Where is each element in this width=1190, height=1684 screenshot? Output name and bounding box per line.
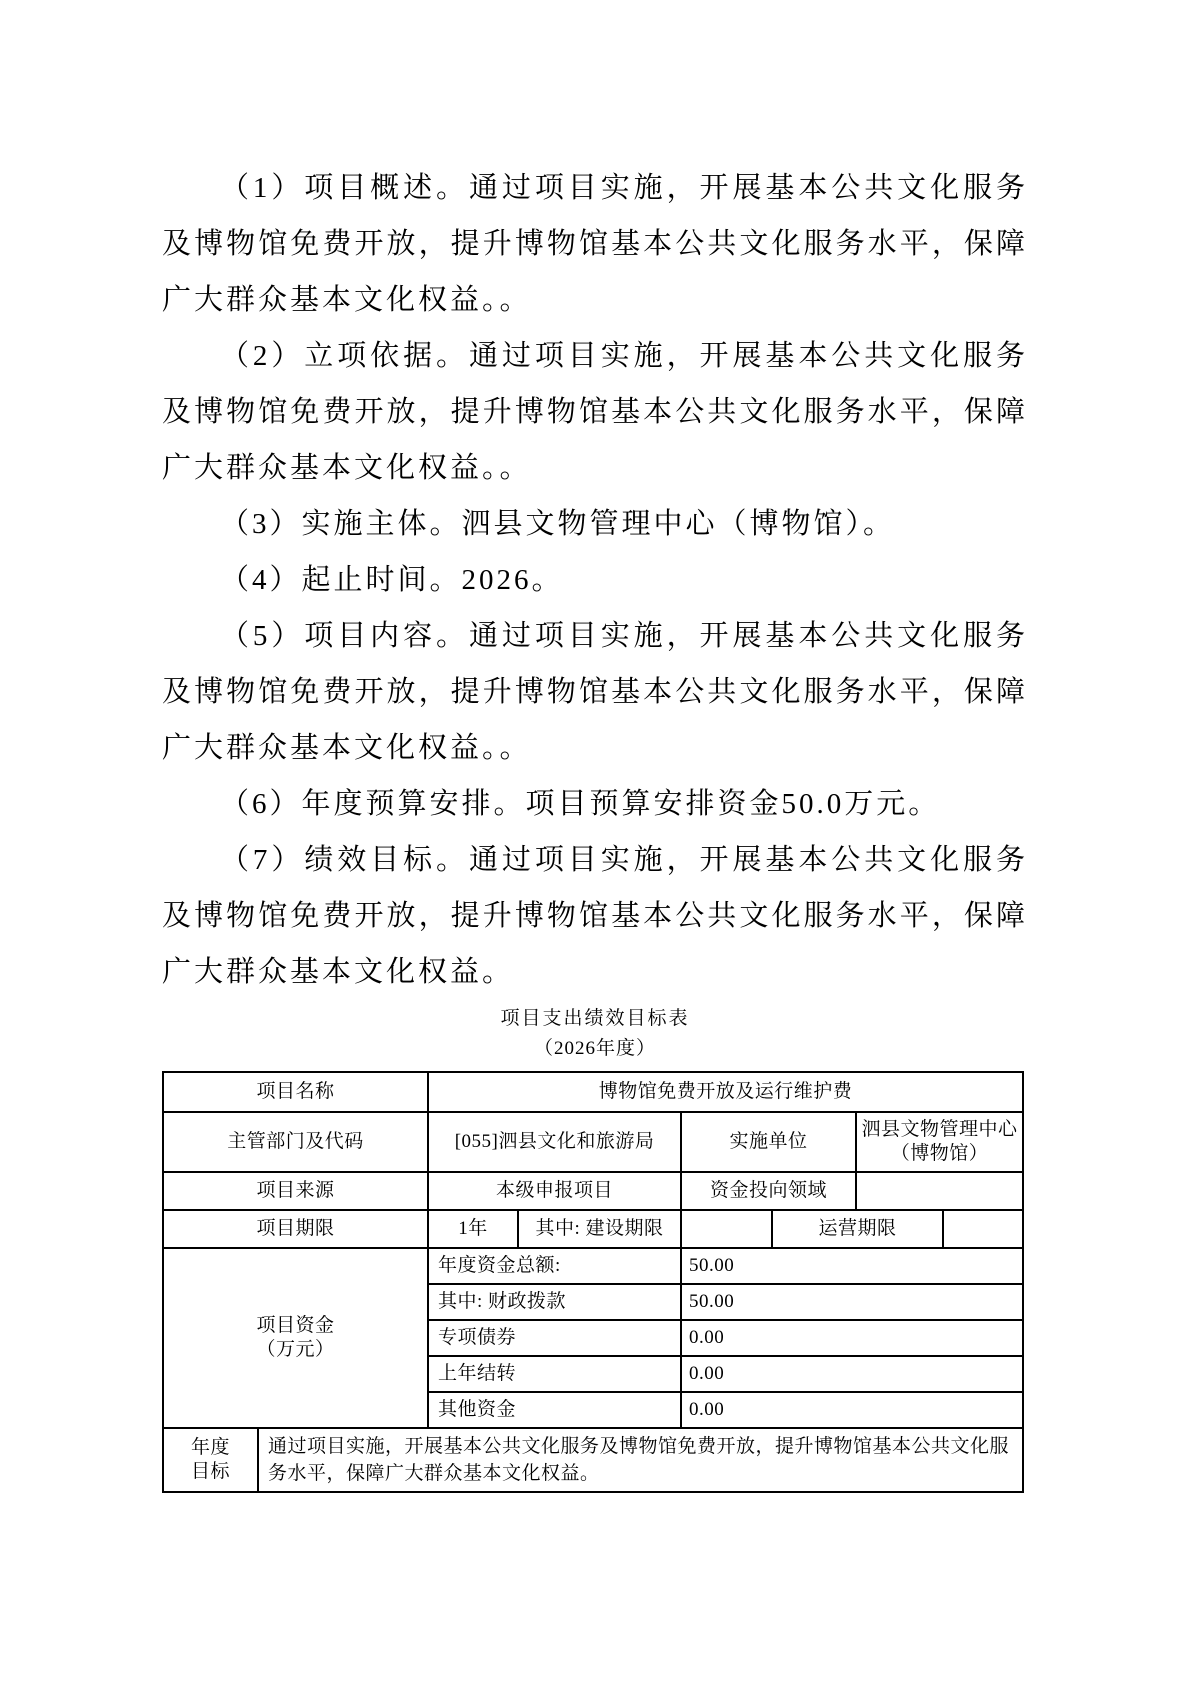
paragraph-7: （7）绩效目标。通过项目实施，开展基本公共文化服务及博物馆免费开放，提升博物馆基… [162,832,1028,1000]
document-page: （1）项目概述。通过项目实施，开展基本公共文化服务及博物馆免费开放，提升博物馆基… [0,0,1190,1684]
fund-field-label: 资金投向领域 [681,1172,856,1210]
construction-period-value [681,1210,772,1248]
source-value: 本级申报项目 [428,1172,681,1210]
period-value: 1年 [428,1210,518,1248]
fund-bond-value: 0.00 [681,1320,1023,1356]
impl-unit-value: 泗县文物管理中心（博物馆） [856,1112,1023,1172]
row-fund-total: 项目资金 （万元） 年度资金总额: 50.00 [163,1248,1023,1284]
annual-goal-label: 年度目标 [163,1428,258,1492]
fund-carryover-value: 0.00 [681,1356,1023,1392]
fund-fiscal-value: 50.00 [681,1284,1023,1320]
performance-table-title: 项目支出绩效目标表 [162,1004,1028,1034]
paragraph-6: （6）年度预算安排。项目预算安排资金50.0万元。 [162,776,1028,832]
performance-table-subtitle: （2026年度） [162,1034,1028,1064]
fund-other-value: 0.00 [681,1392,1023,1428]
dept-label: 主管部门及代码 [163,1112,428,1172]
row-annual-goal: 年度目标 通过项目实施，开展基本公共文化服务及博物馆免费开放，提升博物馆基本公共… [163,1428,1023,1492]
paragraph-5: （5）项目内容。通过项目实施，开展基本公共文化服务及博物馆免费开放，提升博物馆基… [162,608,1028,776]
fund-total-value: 50.00 [681,1248,1023,1284]
fund-carryover-label: 上年结转 [428,1356,681,1392]
paragraph-4: （4）起止时间。2026。 [162,552,1028,608]
period-label: 项目期限 [163,1210,428,1248]
fund-field-value [856,1172,1023,1210]
construction-period-label: 其中: 建设期限 [518,1210,681,1248]
source-label: 项目来源 [163,1172,428,1210]
body-text-block: （1）项目概述。通过项目实施，开展基本公共文化服务及博物馆免费开放，提升博物馆基… [162,160,1028,1000]
operation-period-label: 运营期限 [772,1210,943,1248]
funds-label: 项目资金 （万元） [163,1248,428,1428]
dept-value: [055]泗县文化和旅游局 [428,1112,681,1172]
fund-total-label: 年度资金总额: [428,1248,681,1284]
row-project-name: 项目名称 博物馆免费开放及运行维护费 [163,1072,1023,1112]
project-name-label: 项目名称 [163,1072,428,1112]
fund-other-label: 其他资金 [428,1392,681,1428]
funds-label-line2: （万元） [168,1338,423,1362]
fund-bond-label: 专项债券 [428,1320,681,1356]
performance-target-table: 项目名称 博物馆免费开放及运行维护费 主管部门及代码 [055]泗县文化和旅游局… [162,1071,1024,1493]
funds-label-line1: 项目资金 [168,1314,423,1338]
row-department: 主管部门及代码 [055]泗县文化和旅游局 实施单位 泗县文物管理中心（博物馆） [163,1112,1023,1172]
paragraph-2: （2）立项依据。通过项目实施，开展基本公共文化服务及博物馆免费开放，提升博物馆基… [162,328,1028,496]
operation-period-value [943,1210,1023,1248]
document-content: （1）项目概述。通过项目实施，开展基本公共文化服务及博物馆免费开放，提升博物馆基… [0,0,1190,1493]
annual-goal-text: 通过项目实施，开展基本公共文化服务及博物馆免费开放，提升博物馆基本公共文化服务水… [258,1428,1023,1492]
project-name-value: 博物馆免费开放及运行维护费 [428,1072,1023,1112]
row-period: 项目期限 1年 其中: 建设期限 运营期限 [163,1210,1023,1248]
fund-fiscal-label: 其中: 财政拨款 [428,1284,681,1320]
impl-unit-label: 实施单位 [681,1112,856,1172]
row-source: 项目来源 本级申报项目 资金投向领域 [163,1172,1023,1210]
paragraph-3: （3）实施主体。泗县文物管理中心（博物馆）。 [162,496,1028,552]
paragraph-1: （1）项目概述。通过项目实施，开展基本公共文化服务及博物馆免费开放，提升博物馆基… [162,160,1028,328]
